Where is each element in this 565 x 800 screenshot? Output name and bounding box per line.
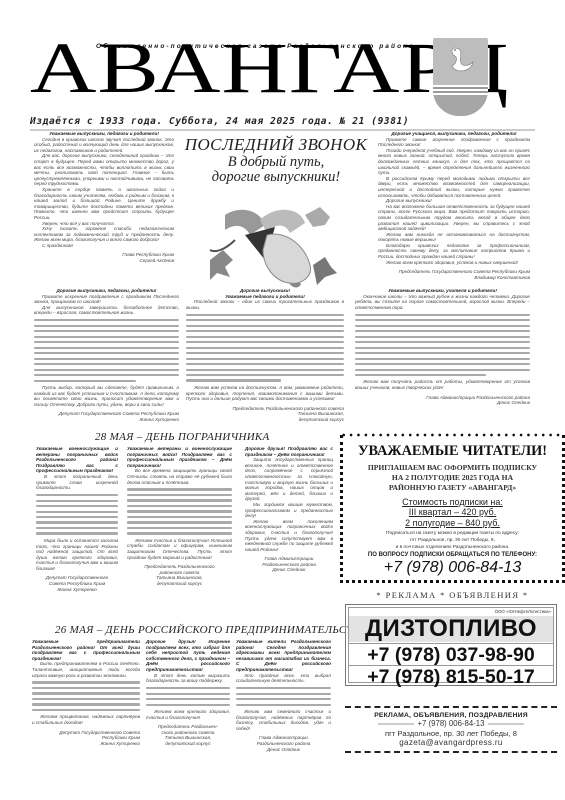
article-paragraph: Желаю всем поколениям военнослужащих пог… bbox=[245, 519, 333, 553]
subscription-invite-line: РАЙОННУЮ ГАЗЕТУ «АВАНГАРД» bbox=[343, 483, 562, 493]
article-paragraph: В российском Крыму перед молодыми людьми… bbox=[378, 176, 530, 198]
text-block-placeholder bbox=[236, 687, 331, 706]
article-paragraph: Для выпускников завершилось беззаботное … bbox=[34, 305, 179, 316]
article-paragraph: Сегодня в крымских школах звучит последн… bbox=[34, 137, 174, 154]
contacts-phone-row: +7 (978) 006-84-13 bbox=[345, 719, 557, 729]
signature-role: депутатский корпус bbox=[186, 417, 344, 423]
contacts-email[interactable]: gazeta@avangardpress.ru bbox=[345, 738, 557, 748]
article-paragraph: С праздником! bbox=[34, 243, 174, 249]
article-paragraph: В этот день хотим выразить благодарность… bbox=[146, 673, 230, 684]
article-paragraph: Мы гордимся вашим мужеством, профессиона… bbox=[245, 502, 333, 519]
article-paragraph: В этот пограничный день примите слова ис… bbox=[36, 474, 118, 491]
text-block-placeholder bbox=[146, 687, 230, 706]
article-paragraph: Во все времена защищать границы своей От… bbox=[127, 468, 232, 485]
text-block-placeholder bbox=[32, 681, 140, 711]
signature-name: Жанна Хуторенко bbox=[36, 587, 118, 593]
subscription-invite-line: ПРИГЛАШАЕМ ВАС ОФОРМИТЬ ПОДПИСКУ bbox=[343, 463, 562, 473]
article-signature: Председатель Раздольнен- ского районного… bbox=[146, 724, 230, 746]
school-bell-icon bbox=[205, 205, 345, 293]
article-heading: Дорогие учащиеся, выпускники, педагоги, … bbox=[378, 131, 530, 137]
article-border-council: Уважаемые ветераны и военнослужащие погр… bbox=[127, 446, 232, 587]
article-state-council-chairman: Дорогие учащиеся, выпускники, педагоги, … bbox=[378, 131, 530, 280]
article-business-administration: Уважаемые жители Раздольненского района!… bbox=[236, 639, 331, 752]
signature-name: Сергей Аксёнов bbox=[34, 258, 174, 264]
article-heading: Уважаемые ветераны и военнослужащие погр… bbox=[127, 446, 232, 468]
article-signature: Депутат Государственного Совета Республи… bbox=[32, 730, 140, 747]
editorial-contacts: РЕКЛАМА, ОБЪЯВЛЕНИЯ, ПОЗДРАВЛЕНИЯ +7 (97… bbox=[345, 706, 557, 753]
decorative-bar bbox=[378, 723, 414, 725]
section-title-border-guard-day: 28 МАЯ – ДЕНЬ ПОГРАНИЧНИКА bbox=[95, 431, 270, 443]
article-paragraph: Желаю вам получать радость от работы, уд… bbox=[355, 379, 530, 390]
text-block-placeholder bbox=[127, 488, 232, 534]
article-heading: Дорогие друзья! Поздравляю вас с праздни… bbox=[245, 446, 333, 457]
article-paragraph: Мира было и останется залогом того, что … bbox=[36, 538, 118, 572]
article-signature: Председатель Государственного Совета Рес… bbox=[378, 269, 530, 280]
ad-phone-2[interactable]: +7 (978) 815-50-17 bbox=[349, 665, 553, 688]
article-heading: Уважаемые предприниматели Раздольненског… bbox=[32, 639, 140, 661]
subscription-question-line: ПО ВОПРОСУ ПОДПИСКИ ОБРАЩАТЬСЯ ПО ТЕЛЕФО… bbox=[343, 552, 562, 558]
signature-name: Жанна Хуторенко bbox=[34, 417, 179, 423]
article-paragraph: Примите искренние поздравления с праздни… bbox=[34, 294, 179, 305]
text-block-placeholder bbox=[34, 319, 179, 382]
ads-section-label: * РЕКЛАМА * ОБЪЯВЛЕНИЯ * bbox=[345, 590, 560, 600]
lead-title: ПОСЛЕДНИЙ ЗВОНОК bbox=[176, 135, 376, 155]
article-paragraph: Примите самые искренние поздравления с п… bbox=[378, 137, 530, 148]
article-paragraph: Желаем всем крепкого здоровья, счастья и… bbox=[146, 709, 230, 720]
signature-name: Денис Олейник bbox=[245, 567, 333, 573]
article-paragraph: Благодарю крымских педагогов за професси… bbox=[378, 243, 530, 260]
price-quarter: III квартал – 420 руб. bbox=[343, 507, 562, 518]
article-border-administration: Дорогие друзья! Поздравляю вас с праздни… bbox=[245, 446, 333, 573]
crest-field bbox=[433, 95, 488, 116]
ad-phone-1[interactable]: +7 (978) 037-98-90 bbox=[349, 643, 553, 666]
lead-subtitle-1: В добрый путь, bbox=[176, 155, 376, 170]
article-signature: Депутат Государственного Совета Республи… bbox=[34, 411, 179, 422]
text-block-placeholder bbox=[36, 494, 118, 535]
article-paragraph: Желаю вам семейного счастья и благополуч… bbox=[236, 709, 331, 731]
swan-icon bbox=[447, 46, 475, 76]
signature-role: депутатский корпус bbox=[146, 741, 230, 747]
article-paragraph: Желаю вам никогда не останавливаться на … bbox=[378, 232, 530, 243]
text-block-placeholder bbox=[355, 314, 530, 377]
ad-product: ДИЗТОПЛИВО bbox=[349, 616, 553, 642]
text-block-placeholder bbox=[186, 314, 344, 382]
article-paragraph: Храните в сердце память о школьных годах… bbox=[34, 187, 174, 221]
issue-info: Издаётся с 1933 года. Суббота, 24 мая 20… bbox=[30, 116, 409, 127]
article-paragraph: Хочу сказать огромное спасибо педагогиче… bbox=[34, 226, 174, 243]
article-paragraph: Позади очередной учебный год. Уверен, ка… bbox=[378, 148, 530, 176]
article-paragraph: Окончание школы – это важный рубеж в жиз… bbox=[355, 294, 530, 311]
ad-company: ООО «ЮгНефтеЛогистика» bbox=[495, 609, 551, 614]
article-paragraph: Защита государственных границ великое, п… bbox=[245, 457, 333, 502]
article-paragraph: Быть предпринимателем в России почётно. … bbox=[32, 661, 140, 678]
article-paragraph: Желаю вам успехов на достигнутом. А вам,… bbox=[186, 385, 344, 402]
note-line: Подписаться на газету можно в редакции г… bbox=[343, 531, 562, 538]
subscription-invite-line: НА 2 ПОЛУГОДИЕ 2025 ГОДА НА bbox=[343, 473, 562, 483]
price-half-year: 2 полугодие – 840 руб. bbox=[343, 518, 562, 529]
subscription-heading: УВАЖАЕМЫЕ ЧИТАТЕЛИ! bbox=[343, 443, 562, 460]
signature-name: Жанна Хуторенко bbox=[32, 741, 140, 747]
subscription-note: Подписаться на газету можно в редакции г… bbox=[343, 531, 562, 551]
article-district-council-graduates: Дорогие выпускники! Уважаемые педагоги и… bbox=[186, 288, 344, 423]
article-administration-graduates: Уважаемые выпускники, учителя и родители… bbox=[355, 288, 530, 406]
article-paragraph: Это праздник всех, кто выбрал созидатель… bbox=[236, 673, 331, 684]
lead-subtitle-2: дорогие выпускники! bbox=[176, 170, 376, 185]
masthead: Общественно-политическая газета Раздольн… bbox=[30, 38, 535, 128]
article-signature: Глава Администрации Раздольненского райо… bbox=[236, 735, 331, 752]
diesel-fuel-ad: ООО «ЮгНефтеЛогистика» ДИЗТОПЛИВО +7 (97… bbox=[345, 604, 557, 686]
article-paragraph: Пусть выбор, который вы сделаете, будет … bbox=[34, 385, 179, 407]
note-line: и в почтовых отделениях Раздольненского … bbox=[343, 545, 562, 552]
article-business-council: Дорогие друзья! Искренне поздравляем все… bbox=[146, 639, 230, 747]
note-address: пгт Раздольное, пр. 30 лет Победы, 8, bbox=[343, 538, 562, 545]
lead-headline: ПОСЛЕДНИЙ ЗВОНОК В добрый путь, дорогие … bbox=[176, 135, 376, 185]
article-paragraph: Последний звонок – один из самых трогате… bbox=[186, 299, 344, 310]
article-signature: Депутат Государственного Совета Республи… bbox=[36, 575, 118, 592]
article-heading: Уважаемые военнослужащие и ветераны погр… bbox=[36, 446, 118, 474]
article-signature: Председатель Раздольненского районного с… bbox=[186, 406, 344, 423]
article-business-deputy: Уважаемые предприниматели Раздольненског… bbox=[32, 639, 140, 746]
article-signature: Глава Администрации Раздольненского райо… bbox=[245, 556, 333, 573]
signature-name: Владимир Константинов bbox=[378, 275, 530, 281]
signature-title: Председатель Раздольнен- bbox=[146, 724, 230, 730]
signature-role: депутатский корпус bbox=[127, 581, 232, 587]
article-deputy-graduates: Дорогие выпускники, педагоги, родители! … bbox=[34, 288, 179, 423]
price-heading: Стоимость подписки на: bbox=[343, 497, 562, 507]
coat-of-arms-icon bbox=[433, 38, 488, 116]
contacts-phone[interactable]: +7 (978) 006-84-13 bbox=[418, 719, 485, 728]
signature-name: Денис Олейник bbox=[355, 400, 530, 406]
decorative-bar bbox=[488, 723, 524, 725]
article-signature: Председатель Раздольненского районного с… bbox=[127, 564, 232, 586]
subscription-box: УВАЖАЕМЫЕ ЧИТАТЕЛИ! ПРИГЛАШАЕМ ВАС ОФОРМ… bbox=[340, 435, 565, 583]
article-paragraph: Для вас, дорогие выпускники, сегодняшний… bbox=[34, 153, 174, 187]
article-signature: Глава Республики Крым Сергей Аксёнов bbox=[34, 252, 174, 263]
article-signature: Глава Администрации Раздольненского райо… bbox=[355, 395, 530, 406]
article-head-of-republic: Уважаемые выпускники, педагоги и родител… bbox=[34, 131, 174, 264]
contacts-title: РЕКЛАМА, ОБЪЯВЛЕНИЯ, ПОЗДРАВЛЕНИЯ bbox=[345, 712, 557, 719]
section-title-entrepreneurship-day: 26 МАЯ – ДЕНЬ РОССИЙСКОГО ПРЕДПРИНИМАТЕЛ… bbox=[55, 624, 367, 636]
contacts-address: пгт Раздольное, пр. 30 лет Победы, 8 bbox=[345, 729, 557, 738]
article-paragraph: На вас возложена большая ответственность… bbox=[378, 204, 530, 232]
subscription-phone[interactable]: +7 (978) 006-84-13 bbox=[343, 559, 562, 577]
article-paragraph: Желаем счастья и благополучия! Успешной … bbox=[127, 538, 232, 560]
article-paragraph: Желаем процветания, надёжных партнёров и… bbox=[32, 714, 140, 725]
signature-name: Денис Олейник bbox=[236, 747, 331, 753]
article-border-deputy: Уважаемые военнослужащие и ветераны погр… bbox=[36, 446, 118, 592]
article-paragraph: Желаю всем крепкого здоровья, успехов и … bbox=[378, 260, 530, 266]
article-heading: Уважаемые выпускники, педагоги и родител… bbox=[34, 131, 174, 137]
article-heading: Дорогие друзья! Искренне поздравляем все… bbox=[146, 639, 230, 673]
crest-waves bbox=[433, 85, 488, 95]
article-heading: Уважаемые жители Раздольненского района!… bbox=[236, 639, 331, 673]
